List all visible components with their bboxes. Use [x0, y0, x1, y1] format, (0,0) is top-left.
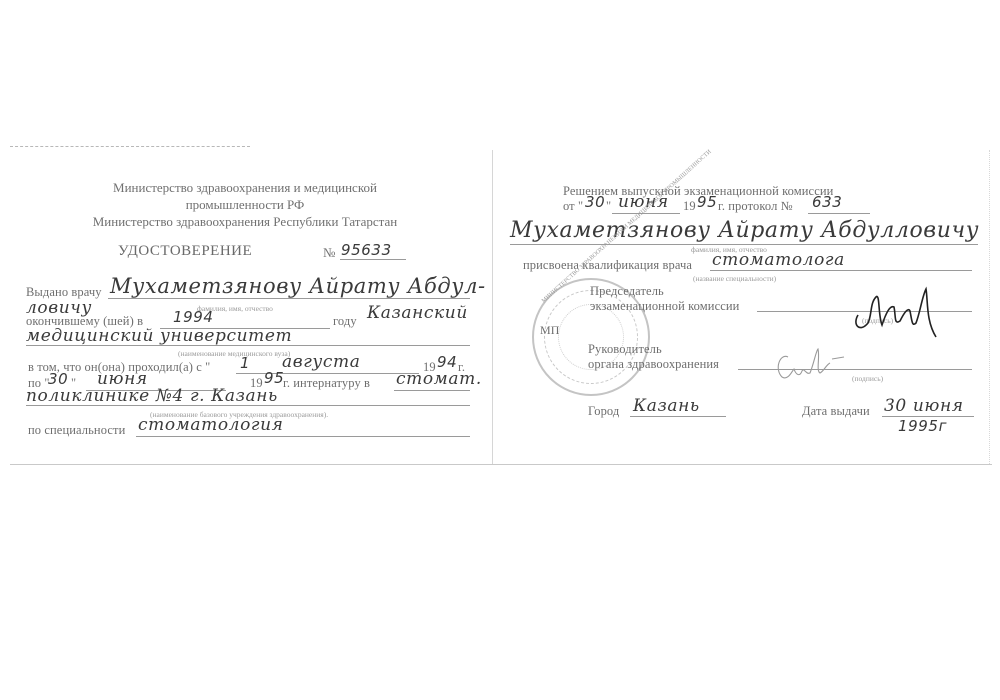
issue-date-line-1: 30 июня: [884, 396, 964, 416]
decision-quote: ": [606, 199, 611, 214]
chairman-signature: [850, 285, 940, 343]
issued-name-line-1: Мухаметзянову Айрату Абдул-: [110, 274, 486, 298]
decision-year-prefix: 19: [683, 199, 696, 214]
decision-year: 95: [697, 193, 717, 211]
university-line-2: медицинский университет: [26, 326, 292, 346]
specialty-label: по специальности: [28, 423, 125, 438]
year-label: году: [333, 314, 357, 329]
period-from-day: 1: [240, 354, 250, 372]
head-label-line-2: органа здравоохранения: [588, 357, 719, 372]
stamp-mp-label: МП: [540, 323, 560, 338]
sheet-bottom-edge: [10, 464, 992, 465]
city-label: Город: [588, 404, 619, 419]
protocol-label: г. протокол №: [718, 199, 793, 214]
specialty-value: стоматология: [138, 415, 284, 435]
head-signature-caption: (подпись): [852, 374, 883, 383]
qualification-label: присвоена квалификация врача: [523, 258, 692, 273]
university-caption: (наименование медицинского вуза): [178, 349, 290, 358]
ministry-header-line-3: Министерство здравоохранения Республики …: [55, 214, 435, 230]
sheet-right-edge: [989, 150, 990, 464]
issue-date-label: Дата выдачи: [802, 404, 870, 419]
ministry-header-line-1: Министерство здравоохранения и медицинск…: [55, 180, 435, 196]
period-from-month: августа: [282, 352, 360, 372]
ministry-header-line-2: промышленности РФ: [55, 197, 435, 213]
internship-label: г. интернатуру в: [283, 376, 370, 391]
head-signature: [770, 343, 850, 385]
certificate-number: 95633: [341, 241, 392, 259]
sheet-top-edge: [10, 146, 250, 147]
city-value: Казань: [633, 396, 700, 416]
issue-date-line-2: 1995г: [898, 417, 947, 435]
qualification-caption: (название специальности): [693, 274, 776, 283]
decision-day: 30: [585, 193, 605, 211]
decision-from-label: от ": [563, 199, 583, 214]
qualification-value: стоматолога: [712, 250, 845, 270]
document-title: УДОСТОВЕРЕНИЕ: [118, 243, 252, 260]
page-fold-divider: [492, 150, 493, 464]
protocol-number: 633: [812, 193, 842, 211]
chairman-label-line-1: Председатель: [590, 284, 664, 299]
chairman-label-line-2: экзаменационной комиссии: [590, 299, 739, 314]
internship-place-line-2: поликлинике №4 г. Казань: [26, 386, 278, 406]
head-label-line-1: Руководитель: [588, 342, 662, 357]
internship-place-line-1: стомат.: [396, 369, 482, 389]
graduation-year: 1994: [173, 308, 214, 326]
period-to-year: 95: [264, 369, 284, 387]
university-line-1: Казанский: [367, 303, 468, 323]
recipient-name: Мухаметзянову Айрату Абдулловичу: [510, 218, 979, 243]
number-label: №: [323, 245, 336, 261]
